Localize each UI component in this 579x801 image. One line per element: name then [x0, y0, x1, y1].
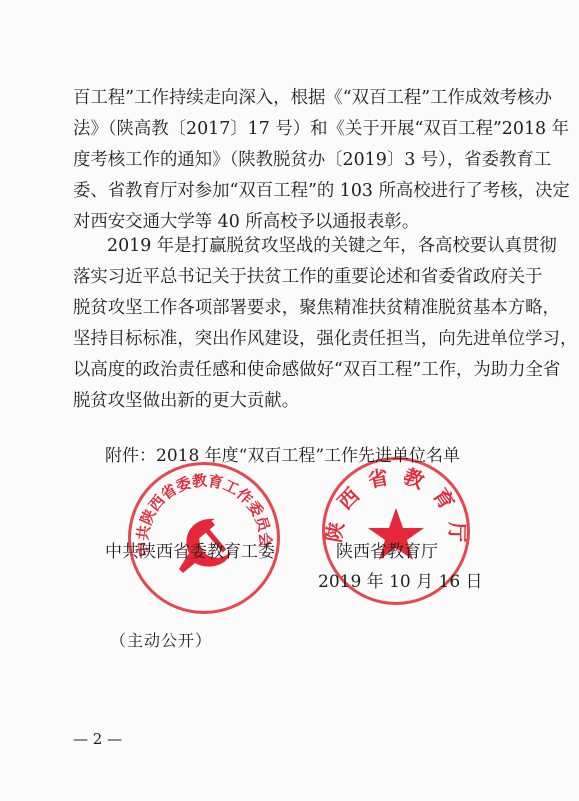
text-line: 脱贫攻坚做出新的更大贡献。 — [73, 391, 517, 411]
page-number: — 2 — — [73, 730, 122, 748]
text-line: 落实习近平总书记关于扶贫工作的重要论述和省委省政府关于 — [73, 267, 517, 287]
text-line: 度考核工作的通知》（陕教脱贫办〔2019〕3 号），省委教育工 — [73, 150, 517, 170]
signature-date: 2019 年 10 月 16 日 — [318, 567, 483, 592]
text-line: 法》（陕高教〔2017〕17 号）和《关于开展“双百工程”2018 年 — [73, 119, 517, 139]
text-line: 2019 年是打赢脱贫攻坚战的关键之年，各高校要认真贯彻 — [107, 236, 517, 256]
signer-left-org: 中共陕西省委教育工委 — [105, 537, 275, 562]
text-line: 委、省教育厅对参加“双百工程”的 103 所高校进行了考核，决定 — [73, 181, 517, 201]
text-line: 以高度的政治责任感和使命感做好“双百工程”工作，为助力全省 — [73, 360, 517, 380]
disclosure-note: （主动公开） — [110, 628, 212, 651]
text-line: 脱贫攻坚工作各项部署要求，聚焦精准扶贫精准脱贫基本方略， — [73, 298, 517, 318]
text-line: 对西安交通大学等 40 所高校予以通报表彰。 — [73, 212, 517, 232]
signer-right-org: 陕西省教育厅 — [336, 537, 438, 562]
text-line: 坚持目标标准，突出作风建设，强化责任担当，向先进单位学习， — [73, 329, 517, 349]
text-line: 百工程”工作持续走向深入，根据《“双百工程”工作成效考核办 — [73, 88, 517, 108]
